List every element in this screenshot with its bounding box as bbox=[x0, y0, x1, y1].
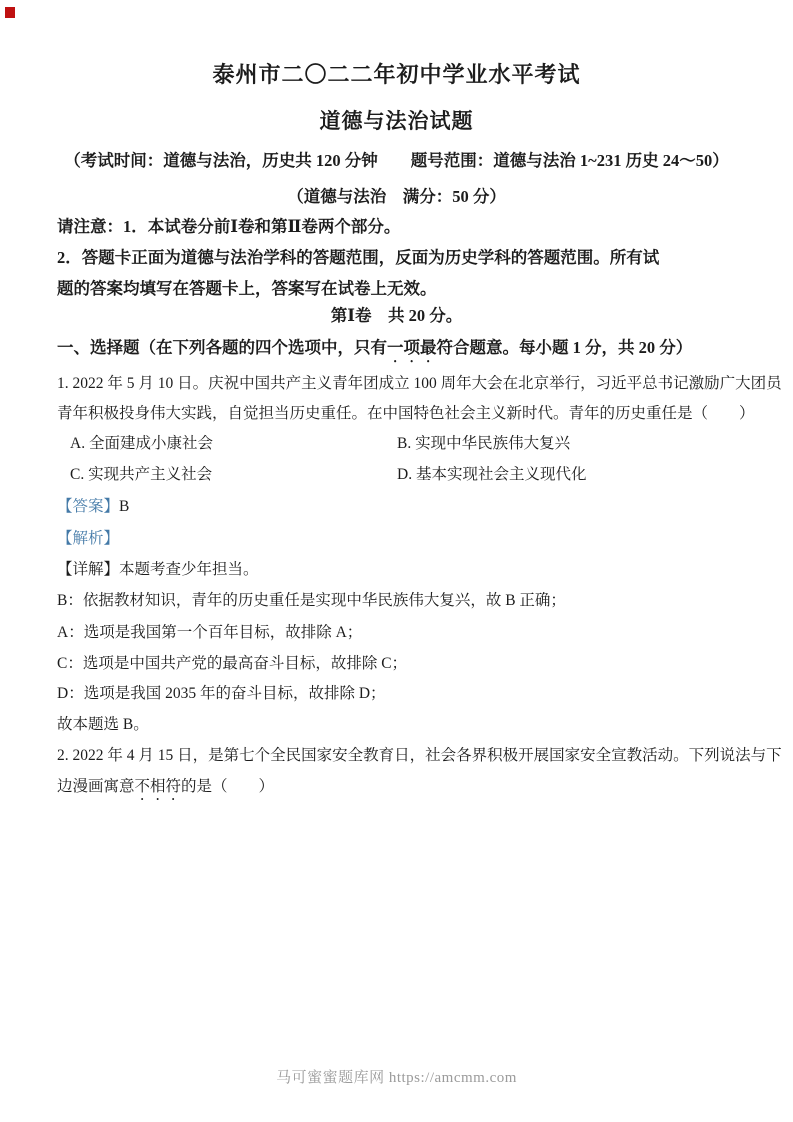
q1-conclusion: 故本题选 B。 bbox=[57, 712, 149, 734]
q1-explain-d: D：选项是我国 2035 年的奋斗目标，故排除 D； bbox=[57, 681, 386, 703]
q1-detail-line: 【详解】本题考查少年担当。 bbox=[57, 557, 259, 579]
q2-stem-line2-pre: 边漫画寓意 bbox=[57, 778, 135, 795]
red-corner-marker bbox=[5, 7, 15, 18]
q1-explain-a: A：选项是我国第一个百年目标，故排除 A； bbox=[57, 620, 362, 642]
notice-line-3: 题的答案均填写在答题卡上，答案写在试卷上无效。 bbox=[57, 275, 437, 299]
q1-option-c: C. 实现共产主义社会 bbox=[70, 462, 212, 484]
part1-header: 第Ⅰ卷 共 20 分。 bbox=[0, 302, 793, 326]
q2-stem-line2: 边漫画寓意不相符的是（ ） bbox=[57, 774, 274, 804]
detail-label: 【详解】 bbox=[57, 561, 119, 578]
q2-stem-line1: 2. 2022 年 4 月 15 日，是第七个全民国家安全教育日，社会各界积极开… bbox=[57, 743, 782, 765]
watermark-footer: 马可蜜蜜题库网 https://amcmm.com bbox=[0, 1066, 793, 1087]
detail-text: 本题考查少年担当。 bbox=[119, 561, 259, 578]
q1-explain-c: C：选项是中国共产党的最高奋斗目标，故排除 C； bbox=[57, 651, 407, 673]
q1-option-a: A. 全面建成小康社会 bbox=[70, 431, 213, 453]
section1-header-emphasis: 一项最 bbox=[387, 338, 437, 357]
exam-subtitle: 道德与法治试题 bbox=[0, 105, 793, 135]
exam-score-line: （道德与法治 满分：50 分） bbox=[0, 183, 793, 207]
q2-stem-line2-post: 的是（ ） bbox=[181, 778, 274, 795]
answer-value: B bbox=[119, 498, 129, 515]
exam-document-page: 泰州市二〇二二年初中学业水平考试 道德与法治试题 （考试时间：道德与法治，历史共… bbox=[0, 0, 793, 1122]
section1-header-post: 符合题意。每小题 1 分，共 20 分） bbox=[437, 338, 693, 357]
q1-explain-b: B：依据教材知识，青年的历史重任是实现中华民族伟大复兴，故 B 正确； bbox=[57, 588, 566, 610]
notice-line-1: 请注意：1．本试卷分前Ⅰ卷和第Ⅱ卷两个部分。 bbox=[57, 213, 400, 237]
q1-stem-line1: 1. 2022 年 5 月 10 日。庆祝中国共产主义青年团成立 100 周年大… bbox=[57, 371, 782, 393]
q1-option-d: D. 基本实现社会主义现代化 bbox=[397, 462, 586, 484]
answer-label: 【答案】 bbox=[57, 498, 119, 515]
exam-title: 泰州市二〇二二年初中学业水平考试 bbox=[0, 58, 793, 89]
analysis-label: 【解析】 bbox=[57, 526, 119, 548]
exam-meta-line: （考试时间：道德与法治，历史共 120 分钟 题号范围：道德与法治 1~231 … bbox=[0, 147, 793, 171]
q1-stem-line2: 青年积极投身伟大实践，自觉担当历史重任。在中国特色社会主义新时代。青年的历史重任… bbox=[57, 401, 755, 423]
q1-answer-line: 【答案】B bbox=[57, 494, 129, 516]
notice-line-2: 2．答题卡正面为道德与法治学科的答题范围，反面为历史学科的答题范围。所有试 bbox=[57, 244, 659, 268]
section1-header: 一、选择题（在下列各题的四个选项中，只有一项最符合题意。每小题 1 分，共 20… bbox=[57, 334, 692, 366]
section1-header-pre: 一、选择题（在下列各题的四个选项中，只有 bbox=[57, 338, 387, 357]
q1-option-b: B. 实现中华民族伟大复兴 bbox=[397, 431, 570, 453]
q2-stem-line2-emphasis: 不相符 bbox=[135, 778, 182, 795]
